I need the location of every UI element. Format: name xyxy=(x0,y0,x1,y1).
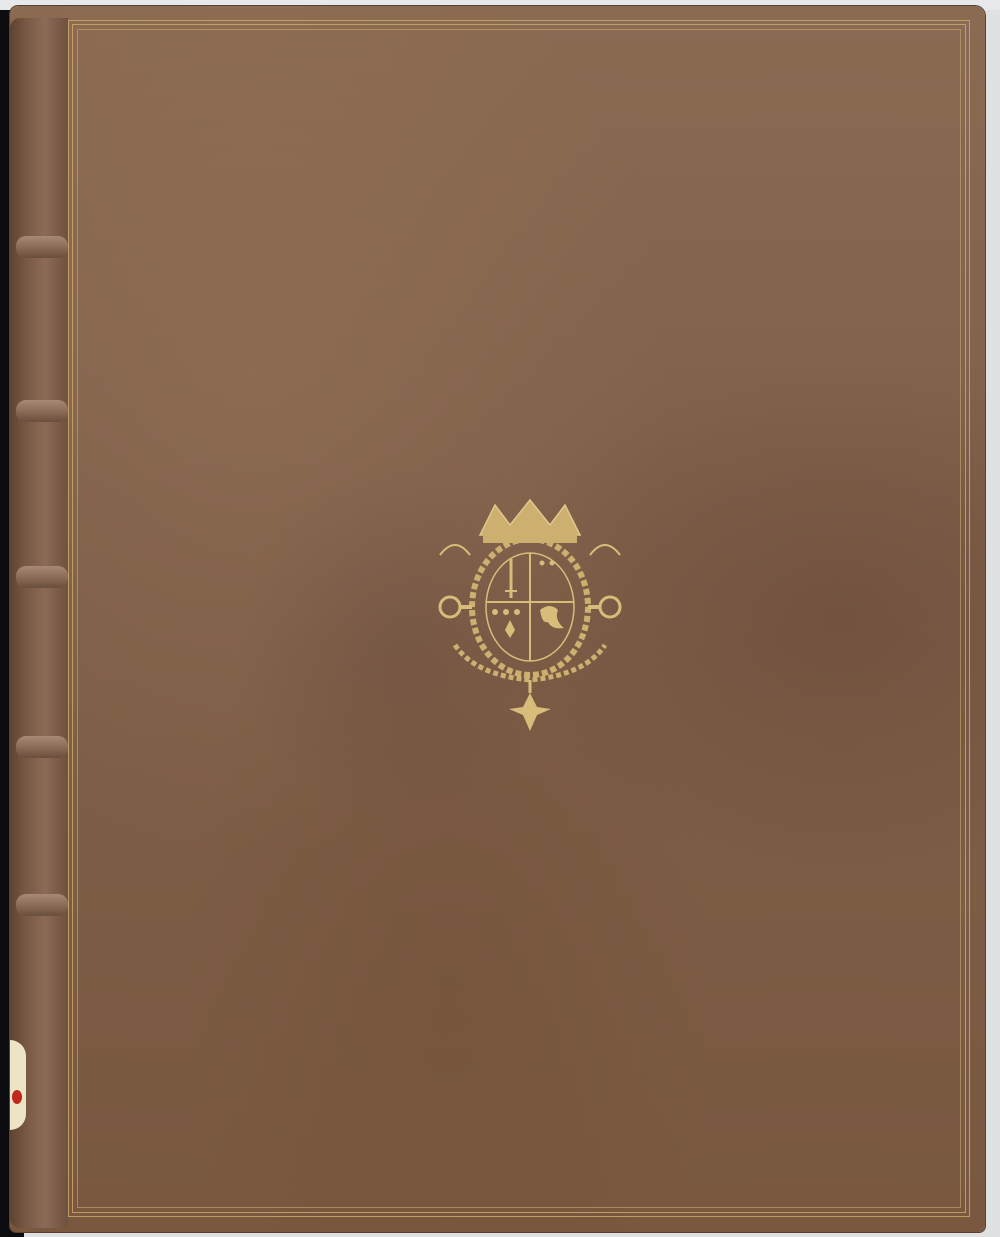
spine-band xyxy=(16,566,68,588)
coat-of-arms-icon xyxy=(425,495,635,735)
spine-band xyxy=(16,894,68,916)
spine-band xyxy=(16,736,68,758)
spine-band xyxy=(16,236,68,258)
red-dot-label xyxy=(12,1090,22,1104)
library-label xyxy=(10,1040,26,1130)
spine-band xyxy=(16,400,68,422)
